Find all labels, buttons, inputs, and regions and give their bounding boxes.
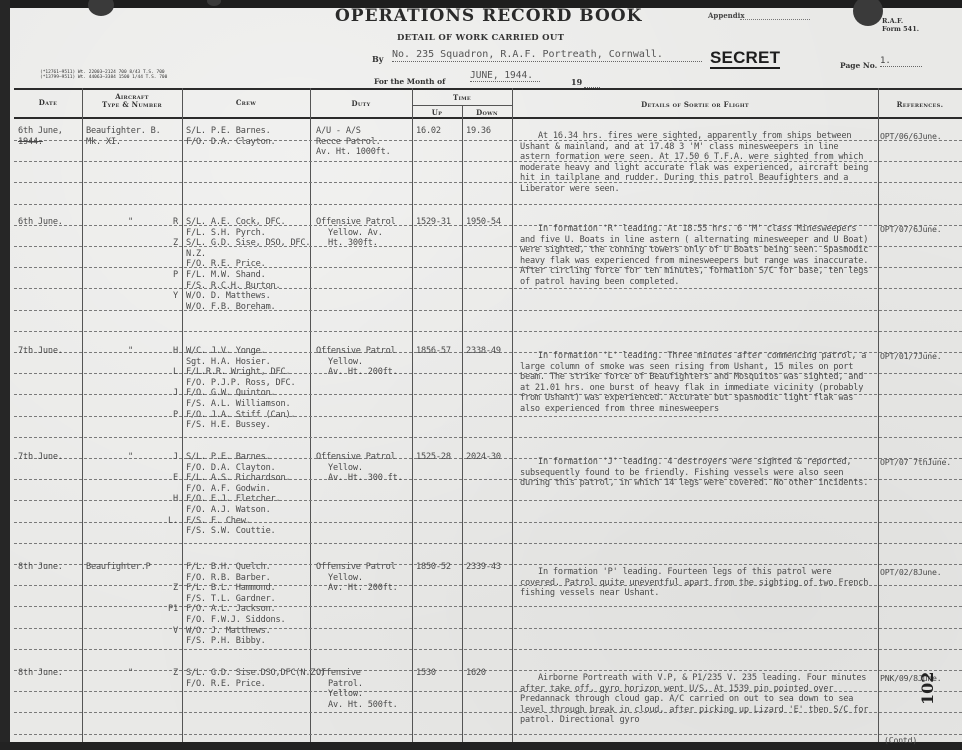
by-label: By — [372, 54, 383, 64]
crew-member: F/S. R.C.H. Burton. — [186, 281, 281, 292]
column-header-aircraft-line2: Type & Number — [82, 101, 182, 109]
duty-line: Av. Ht. 1000ft. — [316, 147, 391, 158]
time-down: 2338-49 — [466, 346, 501, 357]
time-up: 1525-28 — [416, 452, 451, 463]
crew-member: F/S. H.E. Bussey. — [186, 420, 271, 431]
crew-member: F/O. R.B. Barber. — [186, 573, 271, 584]
column-header-down: Down — [462, 108, 512, 117]
aircraft-type: " — [128, 346, 133, 357]
ruled-line — [14, 670, 962, 671]
column-header-references: References. — [878, 100, 962, 109]
crew-member: F/S. T.L. Gardner. — [186, 594, 276, 605]
crew-member: S/L. A.E. Cock, DFC. — [186, 217, 285, 228]
duty-line: Offensive — [316, 668, 361, 679]
crew-member: S/L. P.E. Barnes. — [186, 126, 271, 137]
duty-line: Yellow. Av. — [328, 228, 383, 239]
aircraft-type: " — [128, 217, 133, 228]
aircraft-letter: P1 — [168, 604, 178, 615]
crew-member: W/O. F.B. Boreham. — [186, 302, 276, 313]
form-label: R.A.F. Form 541. — [882, 17, 919, 33]
crew-member: F/L. A.S. Richardson. — [186, 473, 290, 484]
crew-member: W/O. D. Matthews. — [186, 291, 271, 302]
crew-member: F/L.R.R. Wright, DFC. — [186, 367, 290, 378]
aircraft-letter: R — [173, 217, 178, 228]
aircraft-type: " — [128, 668, 133, 679]
column-header-up: Up — [412, 108, 462, 117]
duty-line: Patrol. — [328, 679, 363, 690]
ruled-line — [14, 628, 962, 629]
time-down: 1620 — [466, 668, 486, 679]
ruled-line — [14, 437, 962, 438]
duty-line: Offensive Patrol — [316, 346, 396, 357]
aircraft-letter: V — [173, 626, 178, 637]
entry-date: 1944. — [18, 137, 43, 148]
sortie-details: In formation 'J' leading. 4 destroyers w… — [520, 457, 872, 489]
crew-member: F/O. R.E. Price. — [186, 679, 266, 690]
print-code-line: (*13799—9511) Wt. 44063—3384 1500 1/44 T… — [40, 75, 167, 80]
reference-code: OPT/01/7June. — [880, 351, 941, 362]
crew-member: F/O. A.F. Godwin. — [186, 484, 271, 495]
reference-code: OPT/07 7thJune. — [880, 457, 951, 468]
aircraft-letter: L. — [168, 516, 178, 527]
page-number-label: Page No. — [840, 61, 877, 70]
column-rule — [462, 105, 463, 742]
crew-member: F/O. A.L. Jackson. — [186, 604, 276, 615]
month-label: For the Month of — [374, 77, 445, 86]
aircraft-letter: E — [173, 473, 178, 484]
aircraft-letter: Z — [173, 583, 178, 594]
duty-line: Av. Ht. 300 ft. — [328, 473, 403, 484]
form-label-raf: R.A.F. — [882, 17, 919, 25]
ruled-line — [14, 204, 962, 205]
duty-line: Ht. 300ft. — [328, 238, 378, 249]
scan-border-bottom — [0, 742, 962, 750]
reference-code: OPT/06/6June. — [880, 131, 941, 142]
aircraft-letter: Z — [173, 238, 178, 249]
aircraft-letter: J — [173, 388, 178, 399]
ruled-line — [14, 649, 962, 650]
aircraft-type: " — [128, 452, 133, 463]
crew-member: F/L. M.W. Shand. — [186, 270, 266, 281]
duty-line: Yellow. — [328, 463, 363, 474]
column-header-crew: Crew — [182, 98, 310, 107]
duty-line: Av. Ht. 200ft. — [328, 367, 398, 378]
crew-member: N.Z. — [186, 249, 206, 260]
unit-field: No. 235 Squadron, R.A.F. Portreath, Corn… — [392, 49, 702, 62]
time-down: 2339-43 — [466, 562, 501, 573]
sortie-details: Airborne Portreath with V.P, & P1/235 V.… — [520, 673, 872, 726]
crew-member: F/O. R.E. Price. — [186, 259, 266, 270]
month-field: JUNE, 1944. — [470, 70, 540, 82]
year-suffix: 19 — [571, 77, 582, 87]
aircraft-letter: H — [173, 494, 178, 505]
ruled-line — [14, 734, 962, 735]
duty-line: Av. Ht. 200ft. — [328, 583, 398, 594]
ruled-line — [14, 500, 962, 501]
time-up: 1530 — [416, 668, 436, 679]
crew-member: F/S. S.W. Couttie. — [186, 526, 276, 537]
duty-line: Yellow. — [328, 573, 363, 584]
continued-marker: (Contd) — [884, 735, 917, 746]
crew-member: F/S. F. Chew. — [186, 516, 251, 527]
print-code: (*12761—9511) Wt. 22003—2124 700 8/43 T.… — [40, 70, 167, 80]
column-header-details: Details of Sortie or Flight — [512, 100, 878, 109]
sortie-details: In formation 'R' leading. At 18.55 hrs. … — [520, 224, 872, 287]
duty-line: Offensive Patrol — [316, 452, 396, 463]
crew-member: W/C. J.V. Yonge. — [186, 346, 266, 357]
aircraft-letter: J — [173, 452, 178, 463]
column-header-time: Time — [412, 93, 512, 102]
crew-member: F/L. S.H. Pyrch. — [186, 228, 266, 239]
crew-member: F/O. J.A. Stiff (Can). — [186, 410, 295, 421]
time-up: 16.02 — [416, 126, 441, 137]
aircraft-type: Beaufighter. B. — [86, 126, 161, 137]
aircraft-letter: Z — [173, 668, 178, 679]
entry-date: 6th June, — [18, 126, 63, 137]
scan-border-left — [0, 0, 10, 750]
form-label-number: Form 541. — [882, 25, 919, 33]
header-bottom-rule — [14, 117, 962, 119]
aircraft-letter: L — [173, 367, 178, 378]
aircraft-type: Mk. XI. — [86, 137, 121, 148]
entry-date: 7th June. — [18, 346, 63, 357]
page-subtitle: DETAIL OF WORK CARRIED OUT — [397, 33, 564, 43]
crew-member: F/S. A.L. Williamson. — [186, 399, 290, 410]
crew-member: S/L. G.D. Sise, DSO, DFC. — [186, 238, 310, 249]
time-up: 1856-57 — [416, 346, 451, 357]
ruled-line — [14, 288, 962, 289]
table-top-rule — [14, 88, 962, 90]
column-header-aircraft: Aircraft Type & Number — [82, 93, 182, 109]
aircraft-letter: P — [173, 270, 178, 281]
sortie-details: In formation 'P' leading. Fourteen legs … — [520, 567, 872, 599]
time-down: 19.36 — [466, 126, 491, 137]
entry-date: 8th June. — [18, 668, 63, 679]
entry-date: 6th June. — [18, 217, 63, 228]
ruled-line — [14, 543, 962, 544]
time-up: 1529-31 — [416, 217, 451, 228]
ruled-line — [14, 606, 962, 607]
crew-member: W/O. J. Matthews. — [186, 626, 271, 637]
entry-date: 7th June. — [18, 452, 63, 463]
duty-line: Yellow. — [328, 689, 363, 700]
sortie-details: At 16.34 hrs. fires were sighted, appare… — [520, 131, 872, 194]
appendix-line — [740, 19, 810, 20]
aircraft-letter: H — [173, 346, 178, 357]
duty-line: Offensive Patrol — [316, 217, 396, 228]
time-down: 2024-30 — [466, 452, 501, 463]
time-up: 1850-52 — [416, 562, 451, 573]
entry-date: 8th June. — [18, 562, 63, 573]
duty-line: Offensive Patrol — [316, 562, 396, 573]
reference-code: OPT/02/8June. — [880, 567, 941, 578]
ruled-line — [14, 416, 962, 417]
classification-stamp: SECRET — [710, 49, 780, 69]
archive-page-stamp: 102 — [918, 672, 937, 705]
crew-member: F/O. P.J.P. Ross, DFC. — [186, 378, 295, 389]
ruled-line — [14, 331, 962, 332]
page-number-field: 1. — [880, 56, 922, 67]
duty-line: Recce Patrol. — [316, 137, 381, 148]
crew-member: F/O. G.W. Quinton. — [186, 388, 276, 399]
aircraft-type: Beaufighter.P — [86, 562, 151, 573]
time-down: 1950-54 — [466, 217, 501, 228]
duty-line: Av. Ht. 500ft. — [328, 700, 398, 711]
ruled-line — [14, 522, 962, 523]
crew-member: F/O. E.J. Fletcher. — [186, 494, 281, 505]
crew-member: S/L. P.E. Barnes. — [186, 452, 271, 463]
column-header-date: Date — [14, 98, 82, 107]
crew-member: Sgt. H.A. Hosier. — [186, 357, 271, 368]
aircraft-letter: P — [173, 410, 178, 421]
column-header-duty: Duty — [310, 99, 412, 108]
aircraft-letter: Y — [173, 291, 178, 302]
reference-code: OPT/07/6June. — [880, 224, 941, 235]
crew-member: F/S. P.H. Bibby. — [186, 636, 266, 647]
crew-member: S/L. G.D. Sise.DSO,DFC(N.Z.) — [186, 668, 325, 679]
duty-line: A/U - A/S — [316, 126, 361, 137]
crew-member: F/L. B.H. Quelch. — [186, 562, 271, 573]
crew-member: F/O. A.J. Watson. — [186, 505, 271, 516]
ruled-line — [14, 310, 962, 311]
crew-member: F/O. D.A. Clayton. — [186, 137, 276, 148]
crew-member: F/L. B.L. Hammond. — [186, 583, 276, 594]
crew-member: F/O. D.A. Clayton. — [186, 463, 276, 474]
page-title: OPERATIONS RECORD BOOK — [335, 6, 642, 26]
sortie-details: In formation 'L' leading. Three minutes … — [520, 351, 872, 414]
duty-line: Yellow. — [328, 357, 363, 368]
crew-member: F/O. F.W.J. Siddons. — [186, 615, 285, 626]
